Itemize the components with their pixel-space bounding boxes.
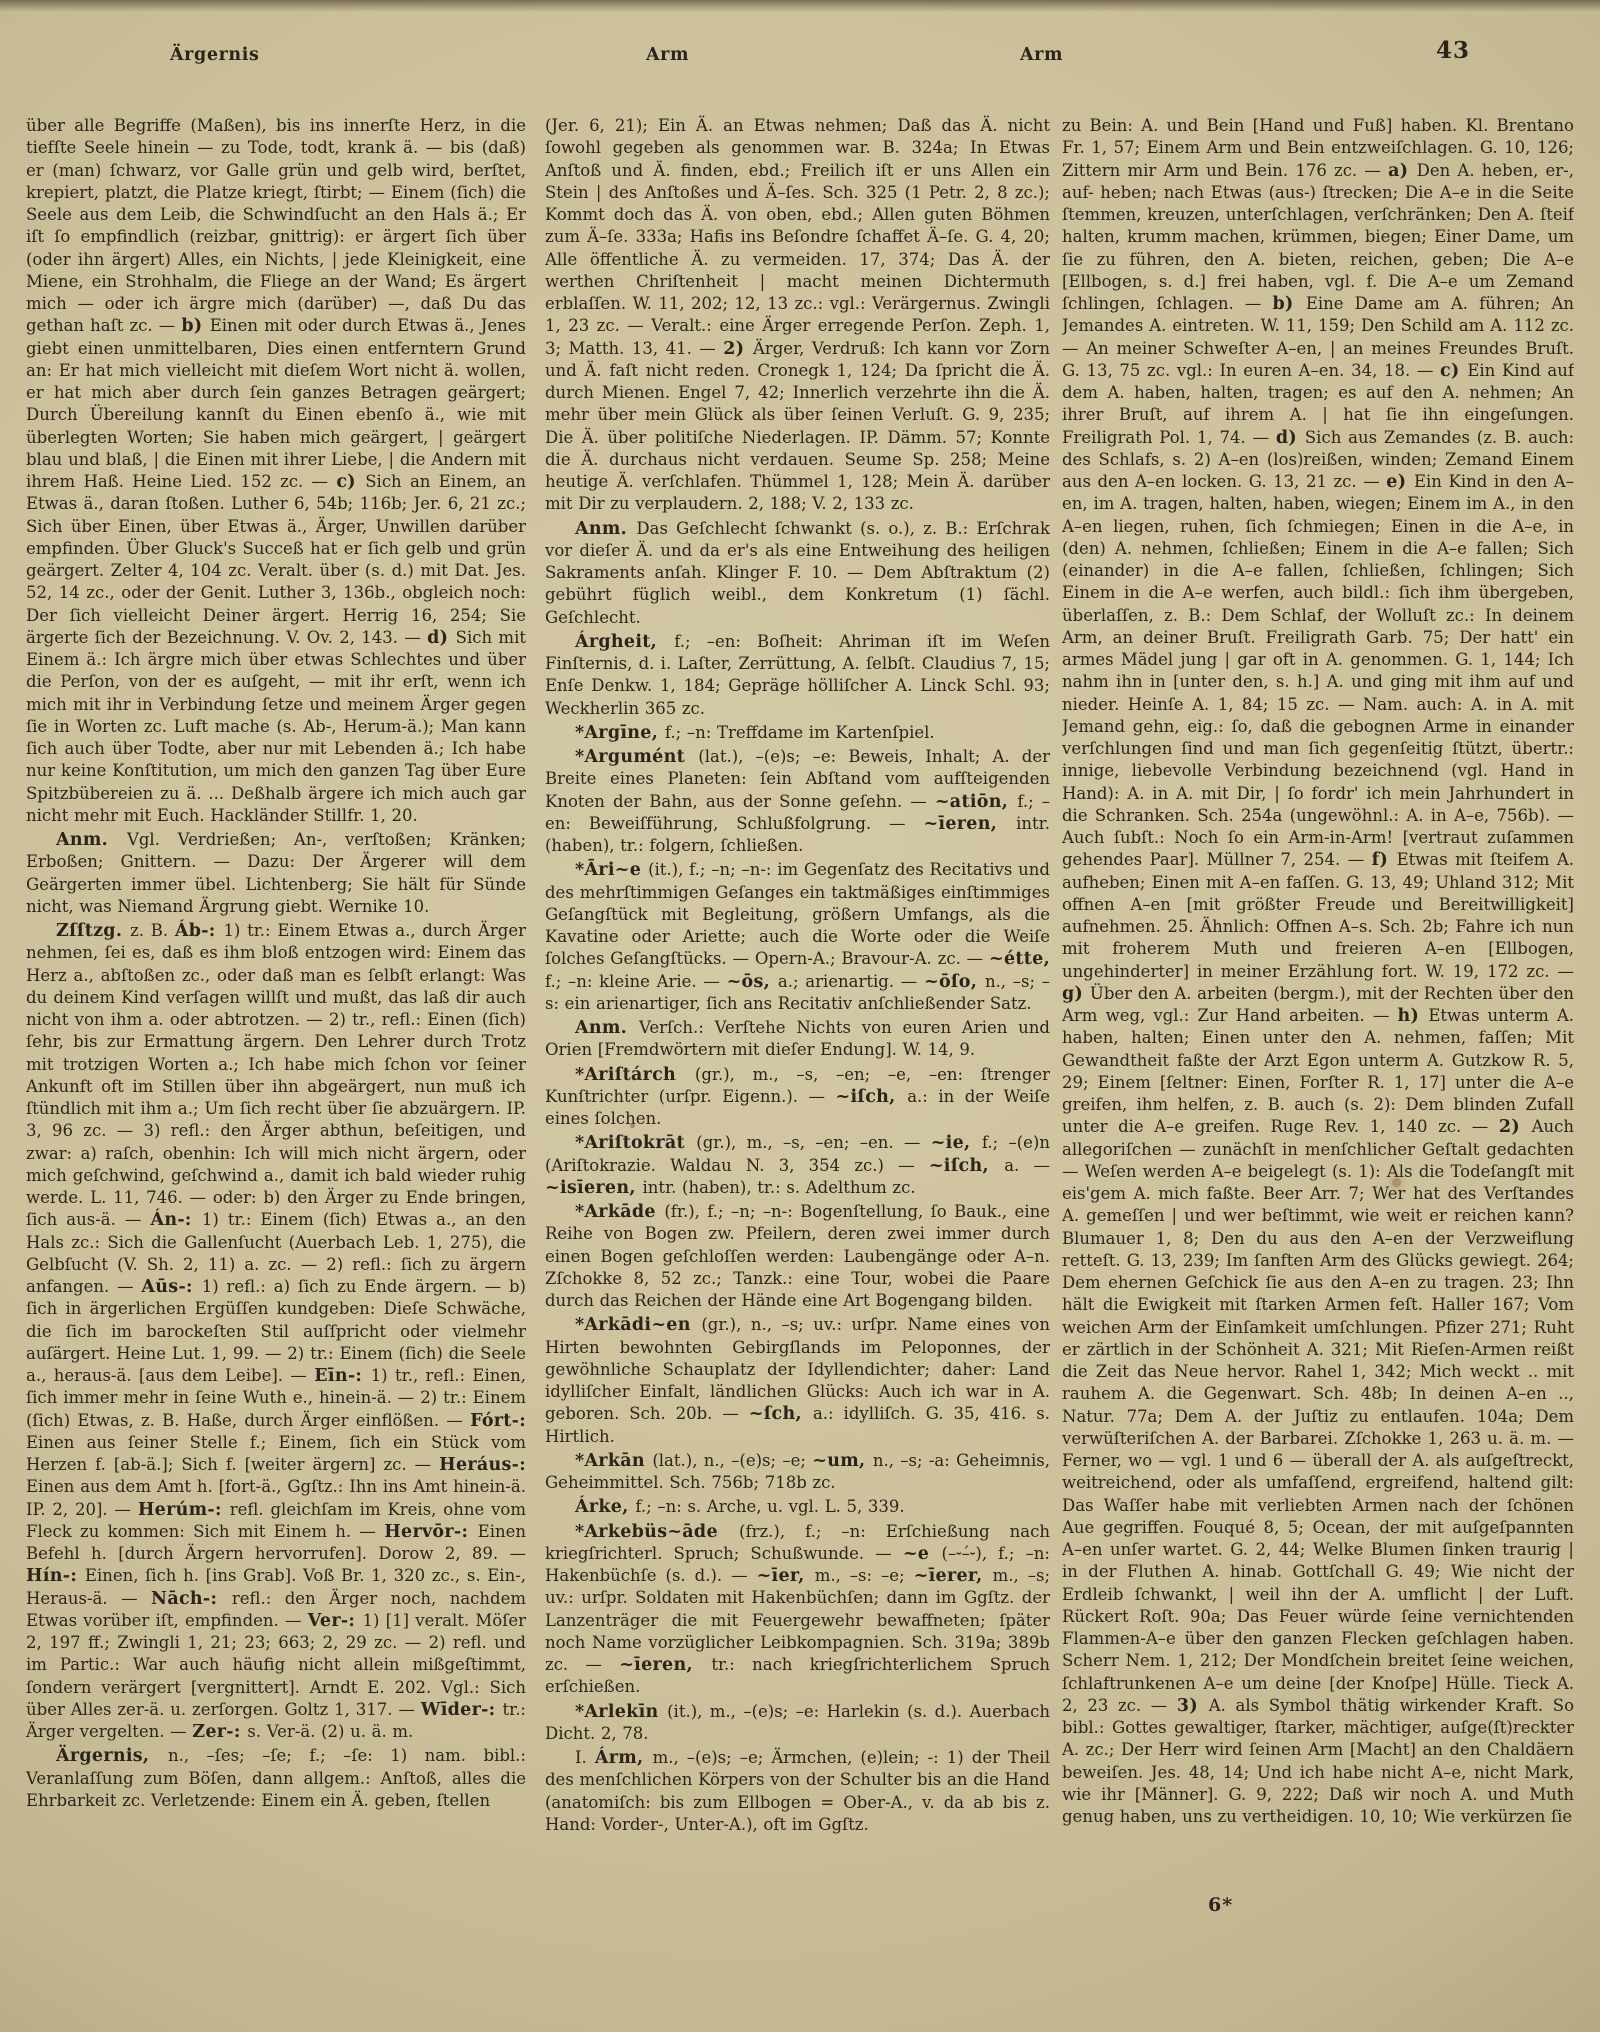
entry-text: m., –s: –e;	[815, 1566, 914, 1585]
entry-paragraph: *Argumént (lat.), –(e)s; –e: Beweis, Inh…	[545, 746, 1050, 857]
entry-paragraph: Ärgernis, n., –ſes; –ſe; f.; –ſe: 1) nam…	[26, 1745, 526, 1812]
headword: Fórt-:	[470, 1411, 526, 1431]
headword: Án-:	[151, 1210, 202, 1230]
headword: h)	[1397, 1006, 1428, 1026]
headword: *Argumént	[575, 747, 698, 767]
headword: ~iſch,	[836, 1087, 908, 1107]
entry-paragraph: *Ariſtárch (gr.), m., –s, –en; –e, –en: …	[545, 1064, 1050, 1131]
entry-text: (gr.), m., –s, –en; –en. —	[696, 1133, 930, 1152]
entry-paragraph: *Arkādi~en (gr.), n., –s; uv.: urſpr. Na…	[545, 1314, 1050, 1448]
headword: *Argīne,	[575, 723, 665, 743]
headword: e)	[1386, 472, 1414, 492]
headword: ~e	[903, 1544, 942, 1564]
signature-mark: 6*	[1208, 1894, 1233, 1916]
headword: ~īer,	[757, 1566, 815, 1586]
headword: a)	[1388, 161, 1417, 181]
entry-paragraph: Anm. Das Geſchlecht ſchwankt (s. o.), z.…	[545, 518, 1050, 629]
page-number: 43	[1436, 37, 1470, 64]
entry-text: a. —	[1004, 1156, 1050, 1175]
column-2: (Jer. 6, 21); Ein Ä. an Etwas nehmen; Da…	[545, 115, 1050, 1915]
headword: Anm.	[56, 830, 127, 850]
entry-text: Sich mit Einem ä.: Ich ärgre mich über e…	[26, 628, 526, 825]
headword: *Arkebüs~āde	[575, 1522, 739, 1542]
headword: Ver-:	[308, 1611, 363, 1631]
headword: Nāch-:	[151, 1589, 232, 1609]
headword: f)	[1372, 850, 1397, 870]
headword: Árgheit,	[575, 632, 674, 652]
running-head-center: Arm	[646, 45, 689, 65]
headword: ~atiōn,	[935, 792, 1018, 812]
headword: b)	[181, 316, 209, 336]
entry-paragraph: I. Árm, m., –(e)s; –e; Ärmchen, (e)lein;…	[545, 1747, 1050, 1836]
headword: Árm,	[595, 1748, 653, 1768]
entry-text: f.; –n: s. Arche, u. vgl. L. 5, 339.	[635, 1497, 904, 1516]
entry-text: Ein Kind in den A–en, im A. tragen, halt…	[1062, 472, 1574, 869]
entry-paragraph: Anm. Vgl. Verdrießen; An-, verſtoßen; Kr…	[26, 829, 526, 918]
entry-paragraph: Anm. Verſch.: Verſtehe Nichts von euren …	[545, 1017, 1050, 1062]
headword: Anm.	[575, 1018, 639, 1038]
entry-text: f.; –n: kleine Arie. —	[545, 972, 727, 991]
entry-text: a.; arienartig. —	[778, 972, 924, 991]
headword: ~īeren,	[923, 814, 1016, 834]
headword: *Arlekīn	[575, 1702, 667, 1722]
headword: ~ie,	[931, 1133, 982, 1153]
continuation-paragraph: zu Bein: A. und Bein [Hand und Fuß] habe…	[1062, 115, 1574, 1828]
entry-text: I.	[575, 1748, 595, 1767]
entry-paragraph: *Arkān (lat.), n., –(e)s; –e; ~um, n., –…	[545, 1450, 1050, 1495]
entry-text: Ärger, Verdruß: Ich kann vor Zorn und Ä.…	[545, 339, 1050, 514]
headword: Áb-:	[175, 921, 224, 941]
column-3: zu Bein: A. und Bein [Hand und Fuß] habe…	[1062, 115, 1574, 1915]
entry-text: intr. (haben), tr.: s. Adelthum zc.	[643, 1178, 916, 1197]
entry-text: (Jer. 6, 21); Ein Ä. an Etwas nehmen; Da…	[545, 116, 1050, 358]
headword: ~étte,	[989, 949, 1050, 969]
entry-paragraph: *Argīne, f.; –n: Treffdame im Kartenſpie…	[545, 722, 1050, 744]
entry-paragraph: Árgheit, f.; –en: Boſheit: Ahriman iſt i…	[545, 631, 1050, 720]
entry-text: Auch allegoriſchen — zunächſt in menſchl…	[1062, 1117, 1574, 1715]
headword: ~isīeren,	[545, 1178, 643, 1198]
headword: ~ōſo,	[924, 972, 985, 992]
entry-text: Einen mit oder durch Etwas ä., Jenes gie…	[26, 316, 526, 491]
headword: Ärgernis,	[56, 1746, 168, 1766]
headword: Eīn-:	[314, 1366, 370, 1386]
entry-paragraph: *Arkāde (fr.), f.; –n; –n-: Bogenſtellun…	[545, 1201, 1050, 1312]
continuation-paragraph: (Jer. 6, 21); Ein Ä. an Etwas nehmen; Da…	[545, 115, 1050, 516]
headword: *Ariſtokrāt	[575, 1133, 696, 1153]
dictionary-page: Ärgernis Arm Arm 43 über alle Begriffe (…	[0, 0, 1600, 2032]
entry-text: über alle Begriffe (Maßen), bis ins inne…	[26, 116, 526, 335]
headword: d)	[1276, 428, 1305, 448]
headword: b)	[1272, 294, 1305, 314]
headword: *Arkādi~en	[575, 1315, 701, 1335]
entry-text: Etwas mit ſteifem A. aufheben; Einen mit…	[1062, 850, 1574, 980]
headword: Zer-:	[192, 1722, 247, 1742]
headword: *Arkāde	[575, 1202, 664, 1222]
headword: Heráus-:	[439, 1455, 526, 1475]
headword: Herúm-:	[138, 1500, 230, 1520]
headword: Árke,	[575, 1497, 635, 1517]
headword: d)	[427, 628, 456, 648]
entry-text: (lat.), n., –(e)s; –e;	[652, 1451, 812, 1470]
entry-text: s. Ver-ä. (2) u. ä. m.	[247, 1722, 413, 1741]
entry-paragraph: Árke, f.; –n: s. Arche, u. vgl. L. 5, 33…	[545, 1496, 1050, 1518]
entry-text: Den A. heben, er-, auf- heben; nach Etwa…	[1062, 161, 1574, 314]
headword: *Āri~e	[575, 860, 648, 880]
headword: 3)	[1177, 1696, 1209, 1716]
entry-text: z. B.	[130, 921, 175, 940]
headword: ~īeren,	[619, 1655, 711, 1675]
headword: ~ſch,	[749, 1404, 813, 1424]
headword: Aūs-:	[141, 1277, 201, 1297]
headword: ~iſch,	[929, 1156, 1004, 1176]
entry-paragraph: *Ariſtokrāt (gr.), m., –s, –en; –en. — ~…	[545, 1132, 1050, 1199]
entry-text: f.; –n: Treffdame im Kartenſpiel.	[665, 723, 935, 742]
entry-text: 1) tr.: Einem Etwas a., durch Ärger nehm…	[26, 921, 526, 1229]
headword: ~ōs,	[727, 972, 778, 992]
headword: g)	[1062, 984, 1090, 1004]
entry-paragraph: *Āri~e (it.), f.; –n; –n-: im Gegenſatz …	[545, 859, 1050, 1015]
headword: Hervōr-:	[384, 1522, 477, 1542]
entry-paragraph: Zſſtzg. z. B. Áb-: 1) tr.: Einem Etwas a…	[26, 920, 526, 1743]
headword: 2)	[1499, 1117, 1532, 1137]
headword: *Ariſtárch	[575, 1065, 695, 1085]
headword: Zſſtzg.	[56, 921, 130, 941]
headword: *Arkān	[575, 1451, 652, 1471]
headword: c)	[1440, 361, 1467, 381]
headword: ~um,	[812, 1451, 873, 1471]
column-1: über alle Begriffe (Maßen), bis ins inne…	[26, 115, 526, 1915]
entry-text: Etwas unterm A. haben, halten; Einen unt…	[1062, 1006, 1574, 1136]
continuation-paragraph: über alle Begriffe (Maßen), bis ins inne…	[26, 115, 526, 827]
headword: Anm.	[575, 519, 636, 539]
running-head-left: Ärgernis	[170, 45, 259, 65]
scan-edge-shadow	[0, 0, 1600, 12]
headword: Wīder-:	[421, 1700, 503, 1720]
entry-paragraph: *Arkebüs~āde (frz.), f.; –n: Erſchießung…	[545, 1521, 1050, 1699]
headword: Hín-:	[26, 1566, 85, 1586]
entry-text: A. als Symbol thätig wirkender Kraft. So…	[1062, 1696, 1574, 1826]
entry-paragraph: *Arlekīn (it.), m., –(e)s; –e: Harlekin …	[545, 1701, 1050, 1746]
headword: 2)	[723, 339, 753, 359]
entry-text: Sich an Einem, an Etwas ä., daran ſtoßen…	[26, 472, 526, 647]
headword: c)	[336, 472, 365, 492]
running-head-right: Arm	[1020, 45, 1063, 65]
headword: ~īerer,	[914, 1566, 993, 1586]
